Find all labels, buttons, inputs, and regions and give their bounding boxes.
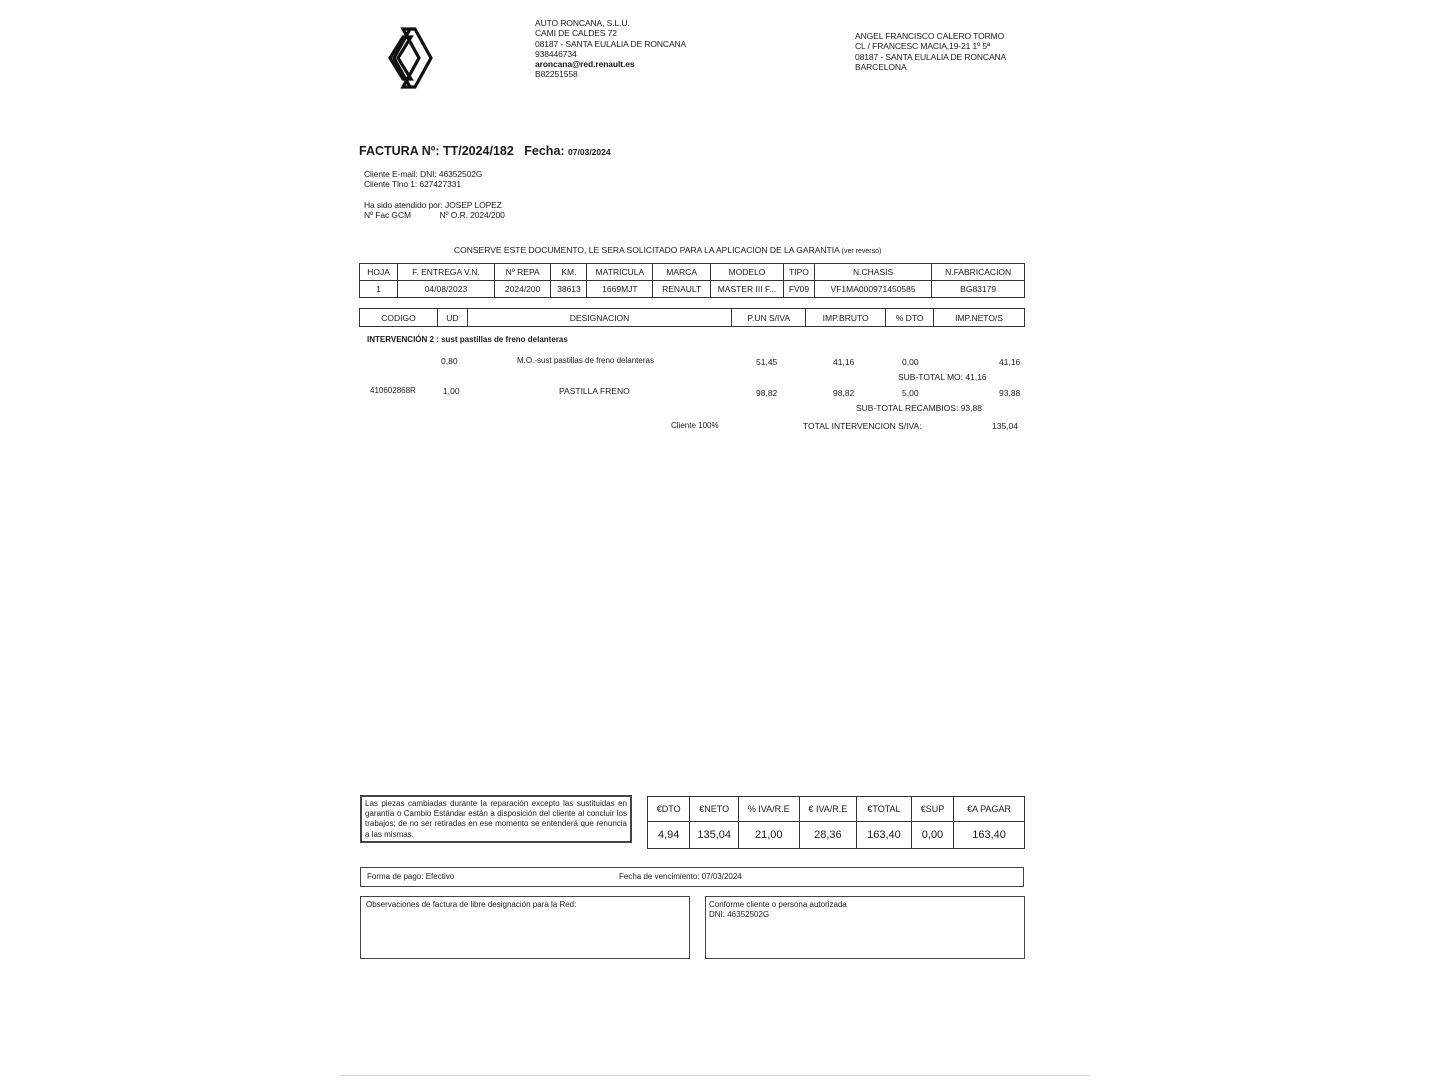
item-discount: 5,00 [902,388,919,398]
item-net: 93,88 [999,388,1020,398]
subtotal-parts: SUB-TOTAL RECAMBIOS: 93,88 [856,403,982,413]
client-email-line: Cliente E-mail: DNI: 46352502G [364,169,505,179]
item-net: 41,16 [999,357,1020,367]
payment-method: Forma de pago: Efectivo [367,872,454,881]
attended-by-line: Ha sido atendido por: JOSEP LOPEZ [364,200,505,210]
col-entrega: F. ENTREGA V.N. [398,264,495,281]
conformity-box: Conforme cliente o persona autorizada DN… [705,896,1025,959]
col-pct-iva: % IVA/R.E [738,797,799,822]
vehicle-table-header: HOJA F. ENTREGA V.N. Nº REPA KM. MATRICU… [360,264,1025,281]
col-matricula: MATRICULA [587,264,653,281]
conformity-dni: DNI: 46352502G [709,910,1021,920]
vehicle-table-row: 1 04/08/2023 2024/200 38613 1669MJT RENA… [360,281,1025,298]
cell-chasis: VF1MA000971450585 [814,281,931,298]
col-eur-iva: € IVA/R.E [799,797,857,822]
val-eur-neto: 135,04 [690,822,739,849]
cell-hoja: 1 [360,281,398,298]
total-intervention-label: TOTAL INTERVENCION S/IVA: [803,421,922,431]
val-eur-total: 163,40 [857,822,912,849]
item-ud: 1,00 [443,386,460,396]
col-eur-neto: €NETO [690,797,739,822]
col-chasis: N.CHASIS [814,264,931,281]
cell-marca: RENAULT [653,281,711,298]
vehicle-table: HOJA F. ENTREGA V.N. Nº REPA KM. MATRICU… [359,263,1025,298]
cell-repa: 2024/200 [494,281,551,298]
col-eur-a-pagar: €A PAGAR [954,797,1025,822]
client-province: BARCELONA [855,62,1006,72]
or-number: Nº O.R. 2024/200 [440,210,505,220]
col-eur-dto: €DTO [648,797,690,822]
totals-value-row: 4,94 135,04 21,00 28,36 163,40 0,00 163,… [648,822,1025,849]
totals-table: €DTO €NETO % IVA/R.E € IVA/R.E €TOTAL €S… [647,796,1025,849]
client-address: ANGEL FRANCISCO CALERO TORMO CL / FRANCE… [855,31,1006,72]
col-codigo: CODIGO [360,309,438,327]
invoice-title: FACTURA Nº: TT/2024/182 Fecha: 07/03/202… [359,144,611,158]
client-name: ANGEL FRANCISCO CALERO TORMO [855,31,1006,41]
client-street: CL / FRANCESC MACIA,19-21 1º 5ª [855,41,1006,51]
invoice-date-label: Fecha: [524,144,564,158]
client-phone-line: Cliente Tlno 1: 627427331 [364,179,505,189]
cell-tipo: FV09 [784,281,815,298]
col-repa: Nº REPA [494,264,551,281]
items-table-header: CODIGO UD DESIGNACION P.UN S/IVA IMP.BRU… [359,308,1025,327]
cell-fabricacion: BG83179 [932,281,1025,298]
company-phone: 938446734 [535,49,686,59]
col-descuento: % DTO [886,309,934,327]
item-gross: 98,82 [833,388,854,398]
warranty-notice-text: CONSERVE ESTE DOCUMENTO, LE SERA SOLICIT… [454,245,839,255]
client-percentage: Cliente 100% [671,421,719,430]
val-eur-sup: 0,00 [911,822,953,849]
item-discount: 0,00 [902,357,919,367]
invoice-date: 07/03/2024 [568,147,611,157]
observations-label: Observaciones de factura de libre design… [366,900,684,909]
warranty-notice-small: (ver reverso) [842,248,882,255]
scan-edge-divider [340,1075,1090,1076]
item-designation: PASTILLA FRENO [559,386,630,396]
company-city: 08187 - SANTA EULALIA DE RONCANA [535,39,686,49]
intervention-title: INTERVENCIÓN 2 : sust pastillas de freno… [367,335,568,344]
item-code: 410602868R [370,386,416,395]
val-eur-a-pagar: 163,40 [954,822,1025,849]
cell-modelo: MASTER III F... [710,281,783,298]
total-intervention-value: 135,04 [992,421,1018,431]
col-km: KM. [551,264,587,281]
col-designacion: DESIGNACION [467,309,731,327]
due-date: Fecha de vencimiento: 07/03/2024 [619,872,742,881]
invoice-number: FACTURA Nº: TT/2024/182 [359,144,514,158]
col-modelo: MODELO [710,264,783,281]
conformity-label: Conforme cliente o persona autorizada [709,900,1021,910]
warranty-notice: CONSERVE ESTE DOCUMENTO, LE SERA SOLICIT… [454,245,881,255]
cell-matricula: 1669MJT [587,281,653,298]
val-eur-iva: 28,36 [799,822,857,849]
cell-km: 38613 [551,281,587,298]
val-pct-iva: 21,00 [738,822,799,849]
col-hoja: HOJA [360,264,398,281]
item-ud: 0,80 [441,356,458,366]
totals-header-row: €DTO €NETO % IVA/R.E € IVA/R.E €TOTAL €S… [648,797,1025,822]
subtotal-labor: SUB-TOTAL MO: 41,16 [898,372,987,382]
company-tax-id: B82251558 [535,69,686,79]
col-fabricacion: N.FABRICACION [932,264,1025,281]
payment-box: Forma de pago: Efectivo Fecha de vencimi… [360,867,1024,887]
fac-gcm-label: Nº Fac GCM [364,210,411,220]
val-eur-dto: 4,94 [648,822,690,849]
col-tipo: TIPO [784,264,815,281]
company-street: CAMI DE CALDES 72 [535,28,686,38]
cell-entrega: 04/08/2023 [398,281,495,298]
company-info: AUTO RONCANA, S.L.U. CAMI DE CALDES 72 0… [535,18,686,80]
col-eur-sup: €SUP [911,797,953,822]
observations-box: Observaciones de factura de libre design… [360,896,690,959]
invoice-meta: Cliente E-mail: DNI: 46352502G Cliente T… [364,169,505,220]
col-marca: MARCA [653,264,711,281]
col-precio-unitario: P.UN S/IVA [732,309,806,327]
item-gross: 41,16 [833,357,854,367]
renault-logo-icon [386,26,434,90]
col-importe-bruto: IMP.BRUTO [806,309,886,327]
item-unit-price: 98,82 [756,388,777,398]
col-eur-total: €TOTAL [857,797,912,822]
parts-notice-box: Las piezas cambiadas durante la reparaci… [360,795,632,843]
item-designation: M.O.-sust pastillas de freno delanteras [517,356,654,365]
client-city: 08187 - SANTA EULALIA DE RONCANA [855,52,1006,62]
company-name: AUTO RONCANA, S.L.U. [535,18,686,28]
company-email: aroncana@red.renault.es [535,59,686,69]
col-ud: UD [437,309,467,327]
item-unit-price: 51,45 [756,357,777,367]
col-importe-neto: IMP.NETO/S [934,309,1025,327]
